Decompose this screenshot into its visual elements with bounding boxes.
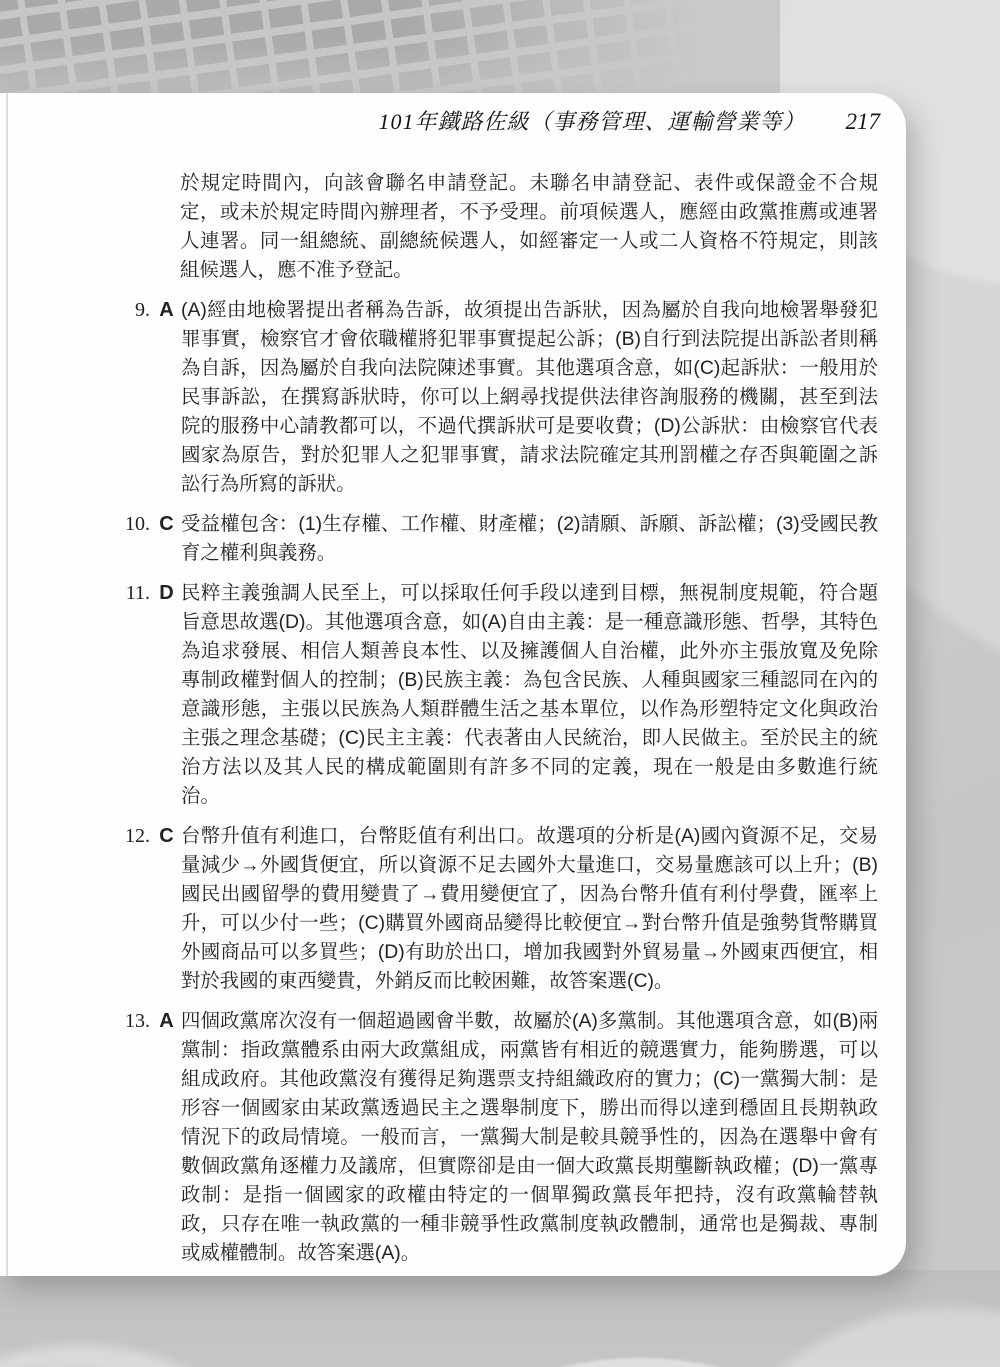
answer-item-10: 10. C 受益權包含：(1)生存權、工作權、財產權；(2)請願、訴願、訴訟權；… [125, 510, 878, 568]
item-explanation: 受益權包含：(1)生存權、工作權、財產權；(2)請願、訴願、訴訟權；(3)受國民… [180, 510, 878, 568]
item-explanation: 台幣升值有利進口，台幣貶值有利出口。故選項的分析是(A)國內資源不足，交易量減少… [180, 822, 878, 996]
intro-paragraph: 於規定時間內，向該會聯名申請登記。未聯名申請登記、表件或保證金不合規定，或未於規… [180, 169, 878, 285]
answer-item-12: 12. C 台幣升值有利進口，台幣貶值有利出口。故選項的分析是(A)國內資源不足… [125, 822, 878, 996]
item-number: 10. [125, 510, 153, 568]
answer-letter: D [154, 579, 179, 811]
answer-letter: C [154, 822, 179, 996]
item-explanation: 四個政黨席次沒有一個超過國會半數，故屬於(A)多黨制。其他選項含意，如(B)兩黨… [180, 1007, 878, 1268]
item-number: 11. [125, 579, 153, 811]
header-title: 101年鐵路佐級（事務管理、運輸營業等） [378, 105, 805, 136]
item-explanation: (A)經由地檢署提出者稱為告訴，故須提出告訴狀，因為屬於自我向地檢署舉發犯罪事實… [180, 296, 878, 499]
bottom-circles-decor [0, 1270, 1000, 1367]
item-number: 9. [125, 296, 153, 499]
item-number: 13. [125, 1007, 153, 1268]
page-content: 於規定時間內，向該會聯名申請登記。未聯名申請登記、表件或保證金不合規定，或未於規… [125, 169, 878, 1268]
item-number: 12. [125, 822, 153, 996]
answer-item-9: 9. A (A)經由地檢署提出者稱為告訴，故須提出告訴狀，因為屬於自我向地檢署舉… [125, 296, 878, 499]
binding-line [6, 93, 8, 1276]
page-number: 217 [846, 109, 881, 135]
item-explanation: 民粹主義強調人民至上，可以採取任何手段以達到目標，無視制度規範，符合題旨意思故選… [180, 579, 878, 811]
answer-item-11: 11. D 民粹主義強調人民至上，可以採取任何手段以達到目標，無視制度規範，符合… [125, 579, 878, 811]
answer-letter: A [154, 1007, 179, 1268]
answer-item-13: 13. A 四個政黨席次沒有一個超過國會半數，故屬於(A)多黨制。其他選項含意，… [125, 1007, 878, 1268]
page-canvas: 101年鐵路佐級（事務管理、運輸營業等） 217 於規定時間內，向該會聯名申請登… [0, 0, 1000, 1367]
page-header: 101年鐵路佐級（事務管理、運輸營業等） 217 [378, 105, 880, 136]
book-page: 101年鐵路佐級（事務管理、運輸營業等） 217 於規定時間內，向該會聯名申請登… [0, 93, 906, 1276]
answer-letter: A [154, 296, 179, 499]
answer-letter: C [154, 510, 179, 568]
